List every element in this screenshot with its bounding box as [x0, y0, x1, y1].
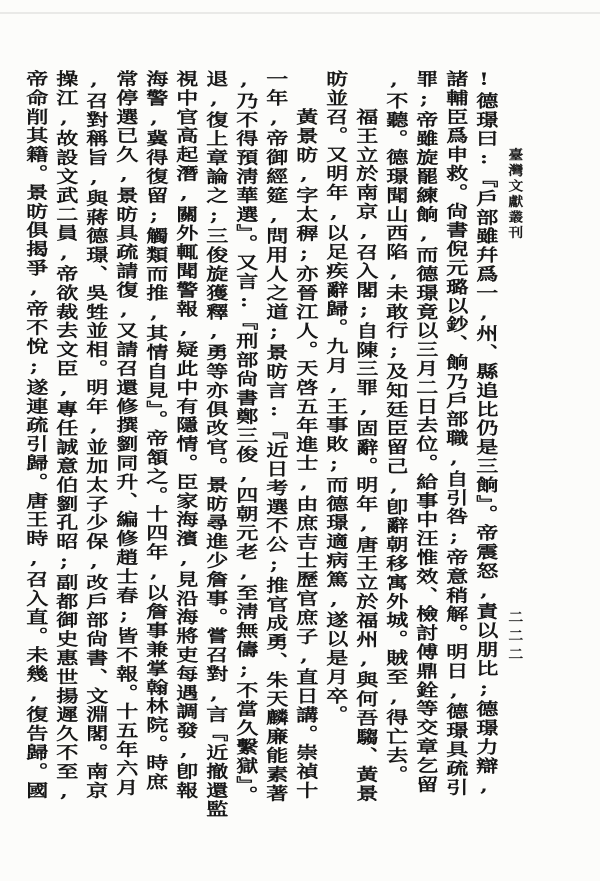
scanned-book-page: 臺灣文獻叢刊 二二二 !德璟曰:『戶部雖幷爲一,州、縣追比仍是三餉』。帝震怒,責…	[0, 0, 600, 881]
text-column: 帝命削其籍。景昉俱揭爭,帝不悅;遂連疏引歸。唐王時,召入直。未幾,復告歸。國	[15, 70, 54, 830]
scan-artifact-line	[0, 12, 600, 14]
